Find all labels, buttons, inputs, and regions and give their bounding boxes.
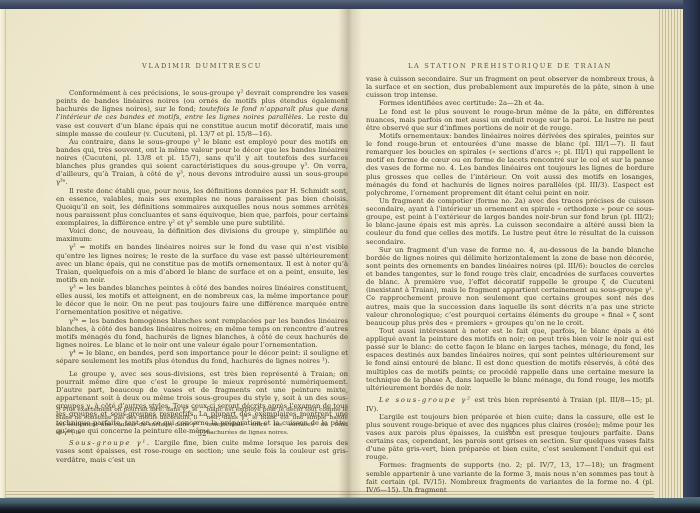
paragraph-text: Formes identifiées avec certitude: 2a—2h… xyxy=(379,99,544,107)
paragraph-text: γ³ = les bandes blanches peintes à côté … xyxy=(56,284,348,316)
paragraph: Motifs ornementaux: bandes linéaires noi… xyxy=(366,132,654,197)
right-page-number: 53 xyxy=(366,426,654,434)
paragraph: Sous-groupe γ¹. L’argile fine, bien cuit… xyxy=(56,439,348,463)
book-cover-right-edge xyxy=(683,0,700,513)
paragraph-text: Sur un fragment d’un vase de forme no. 4… xyxy=(366,246,654,327)
paragraph-text: γ³ᵃ = les bandes homogènes blanches sont… xyxy=(56,317,348,349)
paragraph: Sur un fragment d’un vase de forme no. 4… xyxy=(366,246,654,327)
right-page-running-head: LA STATION PRÉHISTORIQUE DE TRAIAN xyxy=(366,62,654,70)
page-fore-edge-right xyxy=(657,9,683,498)
paragraph-text: Motifs ornementaux: bandes linéaires noi… xyxy=(366,132,654,197)
paragraph: Tout aussi intéressant à noter est le fa… xyxy=(366,327,654,392)
paragraph-text: γ² = motifs en bandes linéaires noires s… xyxy=(56,243,348,284)
paragraph: L’argile est toujours bien préparée et b… xyxy=(366,413,654,462)
paragraph: Il reste donc établi que, pour nous, les… xyxy=(56,187,348,228)
paragraph-text: Le fond est le plus souvent le rouge-bru… xyxy=(366,108,654,132)
page-fore-edge-left xyxy=(0,9,6,498)
paragraph: γ³ᵃ = les bandes homogènes blanches sont… xyxy=(56,317,348,350)
paragraph-text: Il reste donc établi que, pour nous, les… xyxy=(56,187,348,228)
paragraph-text: Au contraire, dans le sous-groupe γ³ le … xyxy=(56,138,348,187)
left-page-number: 52 xyxy=(56,430,348,438)
paragraph-lead-in: Sous-groupe γ¹. xyxy=(69,439,151,447)
paragraph-text: Tout aussi intéressant à noter est le fa… xyxy=(366,327,654,392)
paragraph-text: Formes: fragments de supports (no. 2; pl… xyxy=(366,461,654,493)
paragraph-text: Un fragment de compotier (forme no. 2a) … xyxy=(366,197,654,246)
paragraph: Formes: fragments de supports (no. 2; pl… xyxy=(366,461,654,494)
paragraph-text: γ⁴ = le blanc, en bandes, perd son impor… xyxy=(56,349,348,365)
paragraph: Le fond est le plus souvent le rouge-bru… xyxy=(366,108,654,132)
paragraph-text: L’argile est toujours bien préparée et b… xyxy=(366,413,654,462)
paragraph: γ⁴ = le blanc, en bandes, perd son impor… xyxy=(56,349,348,365)
paragraph: Un fragment de compotier (forme no. 2a) … xyxy=(366,197,654,246)
paragraph-text: Voici donc, de nouveau, la définition de… xyxy=(56,227,348,243)
open-book-photo: VLADIMIR DUMITRESCU LA STATION PRÉHISTOR… xyxy=(0,0,700,513)
paragraph: Le sous-groupe γ² est très bien représen… xyxy=(366,396,654,412)
paragraph: Au contraire, dans le sous-groupe γ³ le … xyxy=(56,138,348,187)
book-pages: VLADIMIR DUMITRESCU LA STATION PRÉHISTOR… xyxy=(0,9,683,498)
paragraph: vase à cuisson secondaire. Sur un fragme… xyxy=(366,75,654,99)
paragraph: γ² = motifs en bandes linéaires noires s… xyxy=(56,243,348,284)
paragraph: Formes identifiées avec certitude: 2a—2h… xyxy=(366,99,654,107)
paragraph-text: vase à cuisson secondaire. Sur un fragme… xyxy=(366,75,654,99)
paragraph: Voici donc, de nouveau, la définition de… xyxy=(56,227,348,243)
paragraph: Conformément à ces précisions, le sous-g… xyxy=(56,89,348,138)
paragraph-lead-in: Le sous-groupe γ² xyxy=(379,396,472,404)
book-cover-bottom-edge xyxy=(0,497,700,513)
book-cover-top-edge xyxy=(0,0,700,9)
left-page-running-head: VLADIMIR DUMITRESCU xyxy=(56,62,348,70)
paragraph: γ³ = les bandes blanches peintes à côté … xyxy=(56,284,348,317)
